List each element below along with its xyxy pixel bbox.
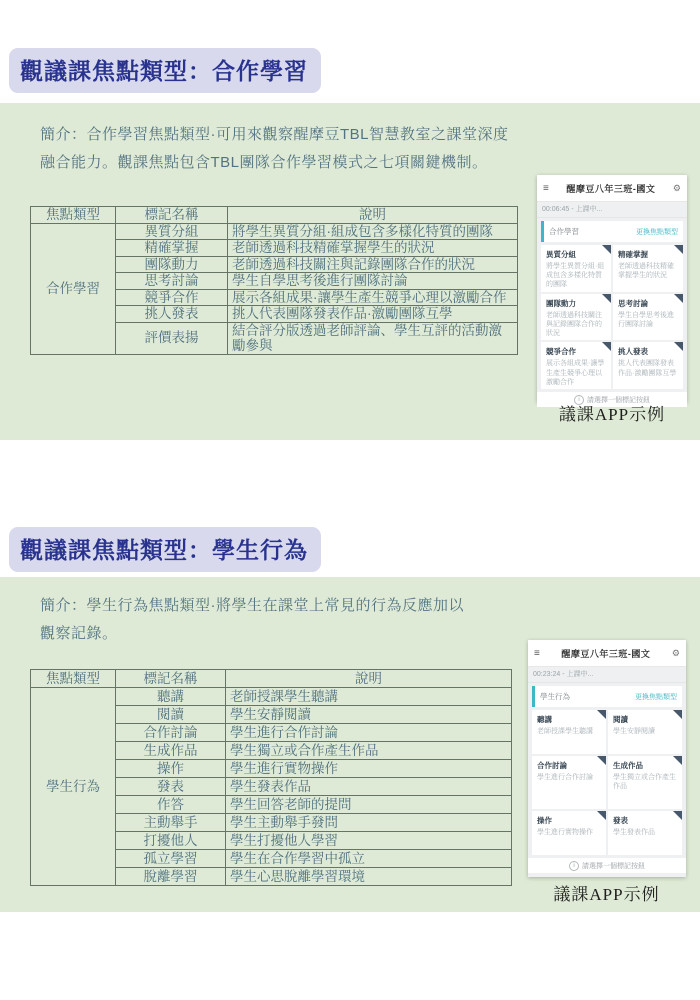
corner-fold-icon <box>673 710 682 719</box>
intro-line: 觀察記錄。 <box>40 620 540 648</box>
tag-name-cell: 異質分組 <box>116 223 228 240</box>
section1-intro: 簡介：合作學習焦點類型·可用來觀察醒摩豆TBL智慧教室之課堂深度 融合能力。觀課… <box>40 121 540 177</box>
focus-type-label: 學生行為 <box>540 691 570 702</box>
cooperative-learning-table: 焦點類型 標記名稱 說明 合作學習 異質分組 將學生異質分組·組成包含多樣化特質… <box>30 206 518 355</box>
focus-type-bar: 合作學習 更換焦點類型 <box>541 221 683 242</box>
tag-card-desc: 學生獨立或合作產生作品 <box>613 773 678 791</box>
tag-card-title: 生成作品 <box>613 760 678 771</box>
tag-card-desc: 展示各組成果·讓學生產生競爭心理以激勵合作 <box>546 359 607 387</box>
tag-card-desc: 挑人代表團隊發表作品·激勵團隊互學 <box>618 359 679 377</box>
tag-desc-cell: 結合評分版透過老師評論、學生互評的活動激勵參與 <box>228 322 518 354</box>
tag-card-title: 操作 <box>537 815 602 826</box>
tag-desc-cell: 學生獨立或合作產生作品 <box>226 742 512 760</box>
select-tag-hint-label: 請選擇一個標記按鈕 <box>582 861 645 871</box>
tag-card-desc: 學生自學思考後進行團隊討論 <box>618 311 679 329</box>
tag-card-title: 精確掌握 <box>618 249 679 260</box>
tag-desc-cell: 學生打擾他人學習 <box>226 832 512 850</box>
tag-name-cell: 競爭合作 <box>116 289 228 306</box>
header-description: 說明 <box>226 670 512 688</box>
app-caption: 議課APP示例 <box>524 880 689 905</box>
tag-name-cell: 聽講 <box>116 688 226 706</box>
section2-title: 觀議課焦點類型：學生行為 <box>9 527 321 572</box>
corner-fold-icon <box>674 245 683 254</box>
tag-card[interactable]: 挑人發表 挑人代表團隊發表作品·激勵團隊互學 <box>613 342 683 389</box>
tag-card[interactable]: 思考討論 學生自學思考後進行團隊討論 <box>613 294 683 341</box>
tag-desc-cell: 學生在合作學習中孤立 <box>226 850 512 868</box>
intro-line: 融合能力。觀課焦點包含TBL團隊合作學習模式之七項關鍵機制。 <box>40 149 540 177</box>
session-timer: 00:06:45 - 上課中... <box>537 202 687 218</box>
tag-card-desc: 學生進行合作討論 <box>537 773 602 782</box>
tag-desc-cell: 學生進行實物操作 <box>226 760 512 778</box>
corner-fold-icon <box>602 342 611 351</box>
gear-icon[interactable]: ⚙ <box>672 648 680 659</box>
tag-card[interactable]: 發表 學生發表作品 <box>608 811 682 855</box>
tag-card[interactable]: 聽講 老師授課學生聽講 <box>532 710 606 754</box>
tag-card-desc: 學生安靜閱讀 <box>613 727 678 736</box>
section1-title: 觀議課焦點類型：合作學習 <box>9 48 321 93</box>
corner-fold-icon <box>597 756 606 765</box>
info-icon: i <box>569 861 579 871</box>
table-header-row: 焦點類型 標記名稱 說明 <box>31 670 512 688</box>
tag-name-cell: 團隊動力 <box>116 256 228 273</box>
tag-card-title: 合作討論 <box>537 760 602 771</box>
tag-desc-cell: 學生自學思考後進行團隊討論 <box>228 273 518 290</box>
intro-line: 簡介：學生行為焦點類型·將學生在課堂上常見的行為反應加以 <box>40 592 540 620</box>
tag-card[interactable]: 操作 學生進行實物操作 <box>532 811 606 855</box>
session-timer: 00:23:24 - 上課中... <box>528 667 686 683</box>
category-cell: 學生行為 <box>31 688 116 886</box>
tag-name-cell: 發表 <box>116 778 226 796</box>
tag-card[interactable]: 團隊動力 老師透過科技關注與記錄團隊合作的狀況 <box>541 294 611 341</box>
corner-fold-icon <box>602 245 611 254</box>
table-header-row: 焦點類型 標記名稱 說明 <box>31 207 518 224</box>
section2-intro: 簡介：學生行為焦點類型·將學生在課堂上常見的行為反應加以 觀察記錄。 <box>40 592 540 648</box>
tag-card-title: 團隊動力 <box>546 298 607 309</box>
tag-desc-cell: 學生心思脫離學習環境 <box>226 868 512 886</box>
change-focus-link[interactable]: 更換焦點類型 <box>635 692 677 702</box>
header-focus-type: 焦點類型 <box>31 207 116 224</box>
tag-card-desc: 老師透過科技關注與記錄團隊合作的狀況 <box>546 311 607 339</box>
tag-card[interactable]: 精確掌握 老師透過科技精確掌握學生的狀況 <box>613 245 683 292</box>
corner-fold-icon <box>674 294 683 303</box>
tag-name-cell: 評價表揚 <box>116 322 228 354</box>
tag-card-desc: 老師授課學生聽講 <box>537 727 602 736</box>
document-page: 觀議課焦點類型：合作學習 簡介：合作學習焦點類型·可用來觀察醒摩豆TBL智慧教室… <box>0 0 700 1000</box>
tag-card[interactable]: 異質分組 將學生異質分組·組成包含多樣化特質的團隊 <box>541 245 611 292</box>
tag-name-cell: 挑人發表 <box>116 306 228 323</box>
tag-card-desc: 學生發表作品 <box>613 828 678 837</box>
phone-mockup: ≡ 醒摩豆八年三班-國文 ⚙ 00:23:24 - 上課中... 學生行為 更換… <box>528 640 686 877</box>
phone-app-bar: ≡ 醒摩豆八年三班-國文 ⚙ <box>537 175 687 202</box>
tag-card-grid: 聽講 老師授課學生聽講 閱讀 學生安靜閱讀 合作討論 學生進行合作討論 生成作品… <box>532 710 682 855</box>
tag-name-cell: 生成作品 <box>116 742 226 760</box>
tag-card-title: 思考討論 <box>618 298 679 309</box>
header-focus-type: 焦點類型 <box>31 670 116 688</box>
focus-type-bar: 學生行為 更換焦點類型 <box>532 686 682 707</box>
corner-fold-icon <box>674 342 683 351</box>
phone-class-title: 醒摩豆八年三班-國文 <box>540 647 672 660</box>
tag-card[interactable]: 合作討論 學生進行合作討論 <box>532 756 606 809</box>
gear-icon[interactable]: ⚙ <box>673 183 681 194</box>
phone-class-title: 醒摩豆八年三班-國文 <box>549 182 673 195</box>
tag-card[interactable]: 閱讀 學生安靜閱讀 <box>608 710 682 754</box>
section2-panel: 簡介：學生行為焦點類型·將學生在課堂上常見的行為反應加以 觀察記錄。 焦點類型 … <box>0 577 700 912</box>
tag-desc-cell: 挑人代表團隊發表作品·激勵團隊互學 <box>228 306 518 323</box>
tag-name-cell: 思考討論 <box>116 273 228 290</box>
tag-card-title: 發表 <box>613 815 678 826</box>
tag-name-cell: 精確掌握 <box>116 240 228 257</box>
tag-name-cell: 合作討論 <box>116 724 226 742</box>
section1-panel: 簡介：合作學習焦點類型·可用來觀察醒摩豆TBL智慧教室之課堂深度 融合能力。觀課… <box>0 103 700 440</box>
tag-card-desc: 將學生異質分組·組成包含多樣化特質的團隊 <box>546 262 607 290</box>
tag-name-cell: 閱讀 <box>116 706 226 724</box>
tag-desc-cell: 學生安靜閱讀 <box>226 706 512 724</box>
app-caption: 議課APP示例 <box>532 400 692 425</box>
tag-name-cell: 操作 <box>116 760 226 778</box>
header-description: 說明 <box>228 207 518 224</box>
corner-fold-icon <box>602 294 611 303</box>
tag-desc-cell: 老師授課學生聽講 <box>226 688 512 706</box>
tag-desc-cell: 學生回答老師的提問 <box>226 796 512 814</box>
corner-fold-icon <box>597 811 606 820</box>
tag-name-cell: 孤立學習 <box>116 850 226 868</box>
tag-card[interactable]: 競爭合作 展示各組成果·讓學生產生競爭心理以激勵合作 <box>541 342 611 389</box>
corner-fold-icon <box>673 811 682 820</box>
tag-card-title: 閱讀 <box>613 714 678 725</box>
tag-card-title: 競爭合作 <box>546 346 607 357</box>
corner-fold-icon <box>673 756 682 765</box>
tag-card[interactable]: 生成作品 學生獨立或合作產生作品 <box>608 756 682 809</box>
select-tag-hint[interactable]: i 請選擇一個標記按鈕 <box>528 858 686 873</box>
tag-desc-cell: 將學生異質分組·組成包含多樣化特質的團隊 <box>228 223 518 240</box>
student-behavior-table: 焦點類型 標記名稱 說明 學生行為 聽講 老師授課學生聽講 閱讀 學生安靜閱讀 … <box>30 669 512 886</box>
focus-type-label: 合作學習 <box>549 226 579 237</box>
phone-mockup: ≡ 醒摩豆八年三班-國文 ⚙ 00:06:45 - 上課中... 合作學習 更換… <box>537 175 687 402</box>
tag-desc-cell: 老師透過科技關注與記錄團隊合作的狀況 <box>228 256 518 273</box>
tag-card-title: 聽講 <box>537 714 602 725</box>
table-row: 合作學習 異質分組 將學生異質分組·組成包含多樣化特質的團隊 <box>31 223 518 240</box>
tag-card-title: 異質分組 <box>546 249 607 260</box>
tag-name-cell: 主動舉手 <box>116 814 226 832</box>
tag-name-cell: 打擾他人 <box>116 832 226 850</box>
tag-card-title: 挑人發表 <box>618 346 679 357</box>
intro-line: 簡介：合作學習焦點類型·可用來觀察醒摩豆TBL智慧教室之課堂深度 <box>40 121 540 149</box>
corner-fold-icon <box>597 710 606 719</box>
tag-card-desc: 學生進行實物操作 <box>537 828 602 837</box>
tag-name-cell: 脫離學習 <box>116 868 226 886</box>
tag-desc-cell: 學生發表作品 <box>226 778 512 796</box>
tag-name-cell: 作答 <box>116 796 226 814</box>
change-focus-link[interactable]: 更換焦點類型 <box>636 227 678 237</box>
phone-app-bar: ≡ 醒摩豆八年三班-國文 ⚙ <box>528 640 686 667</box>
tag-desc-cell: 老師透過科技精確掌握學生的狀況 <box>228 240 518 257</box>
tag-desc-cell: 學生進行合作討論 <box>226 724 512 742</box>
tag-desc-cell: 展示各組成果·讓學生產生競爭心理以激勵合作 <box>228 289 518 306</box>
header-tag-name: 標記名稱 <box>116 670 226 688</box>
tag-desc-cell: 學生主動舉手發問 <box>226 814 512 832</box>
table-row: 學生行為 聽講 老師授課學生聽講 <box>31 688 512 706</box>
tag-card-desc: 老師透過科技精確掌握學生的狀況 <box>618 262 679 280</box>
tag-card-grid: 異質分組 將學生異質分組·組成包含多樣化特質的團隊 精確掌握 老師透過科技精確掌… <box>541 245 683 389</box>
category-cell: 合作學習 <box>31 223 116 354</box>
header-tag-name: 標記名稱 <box>116 207 228 224</box>
